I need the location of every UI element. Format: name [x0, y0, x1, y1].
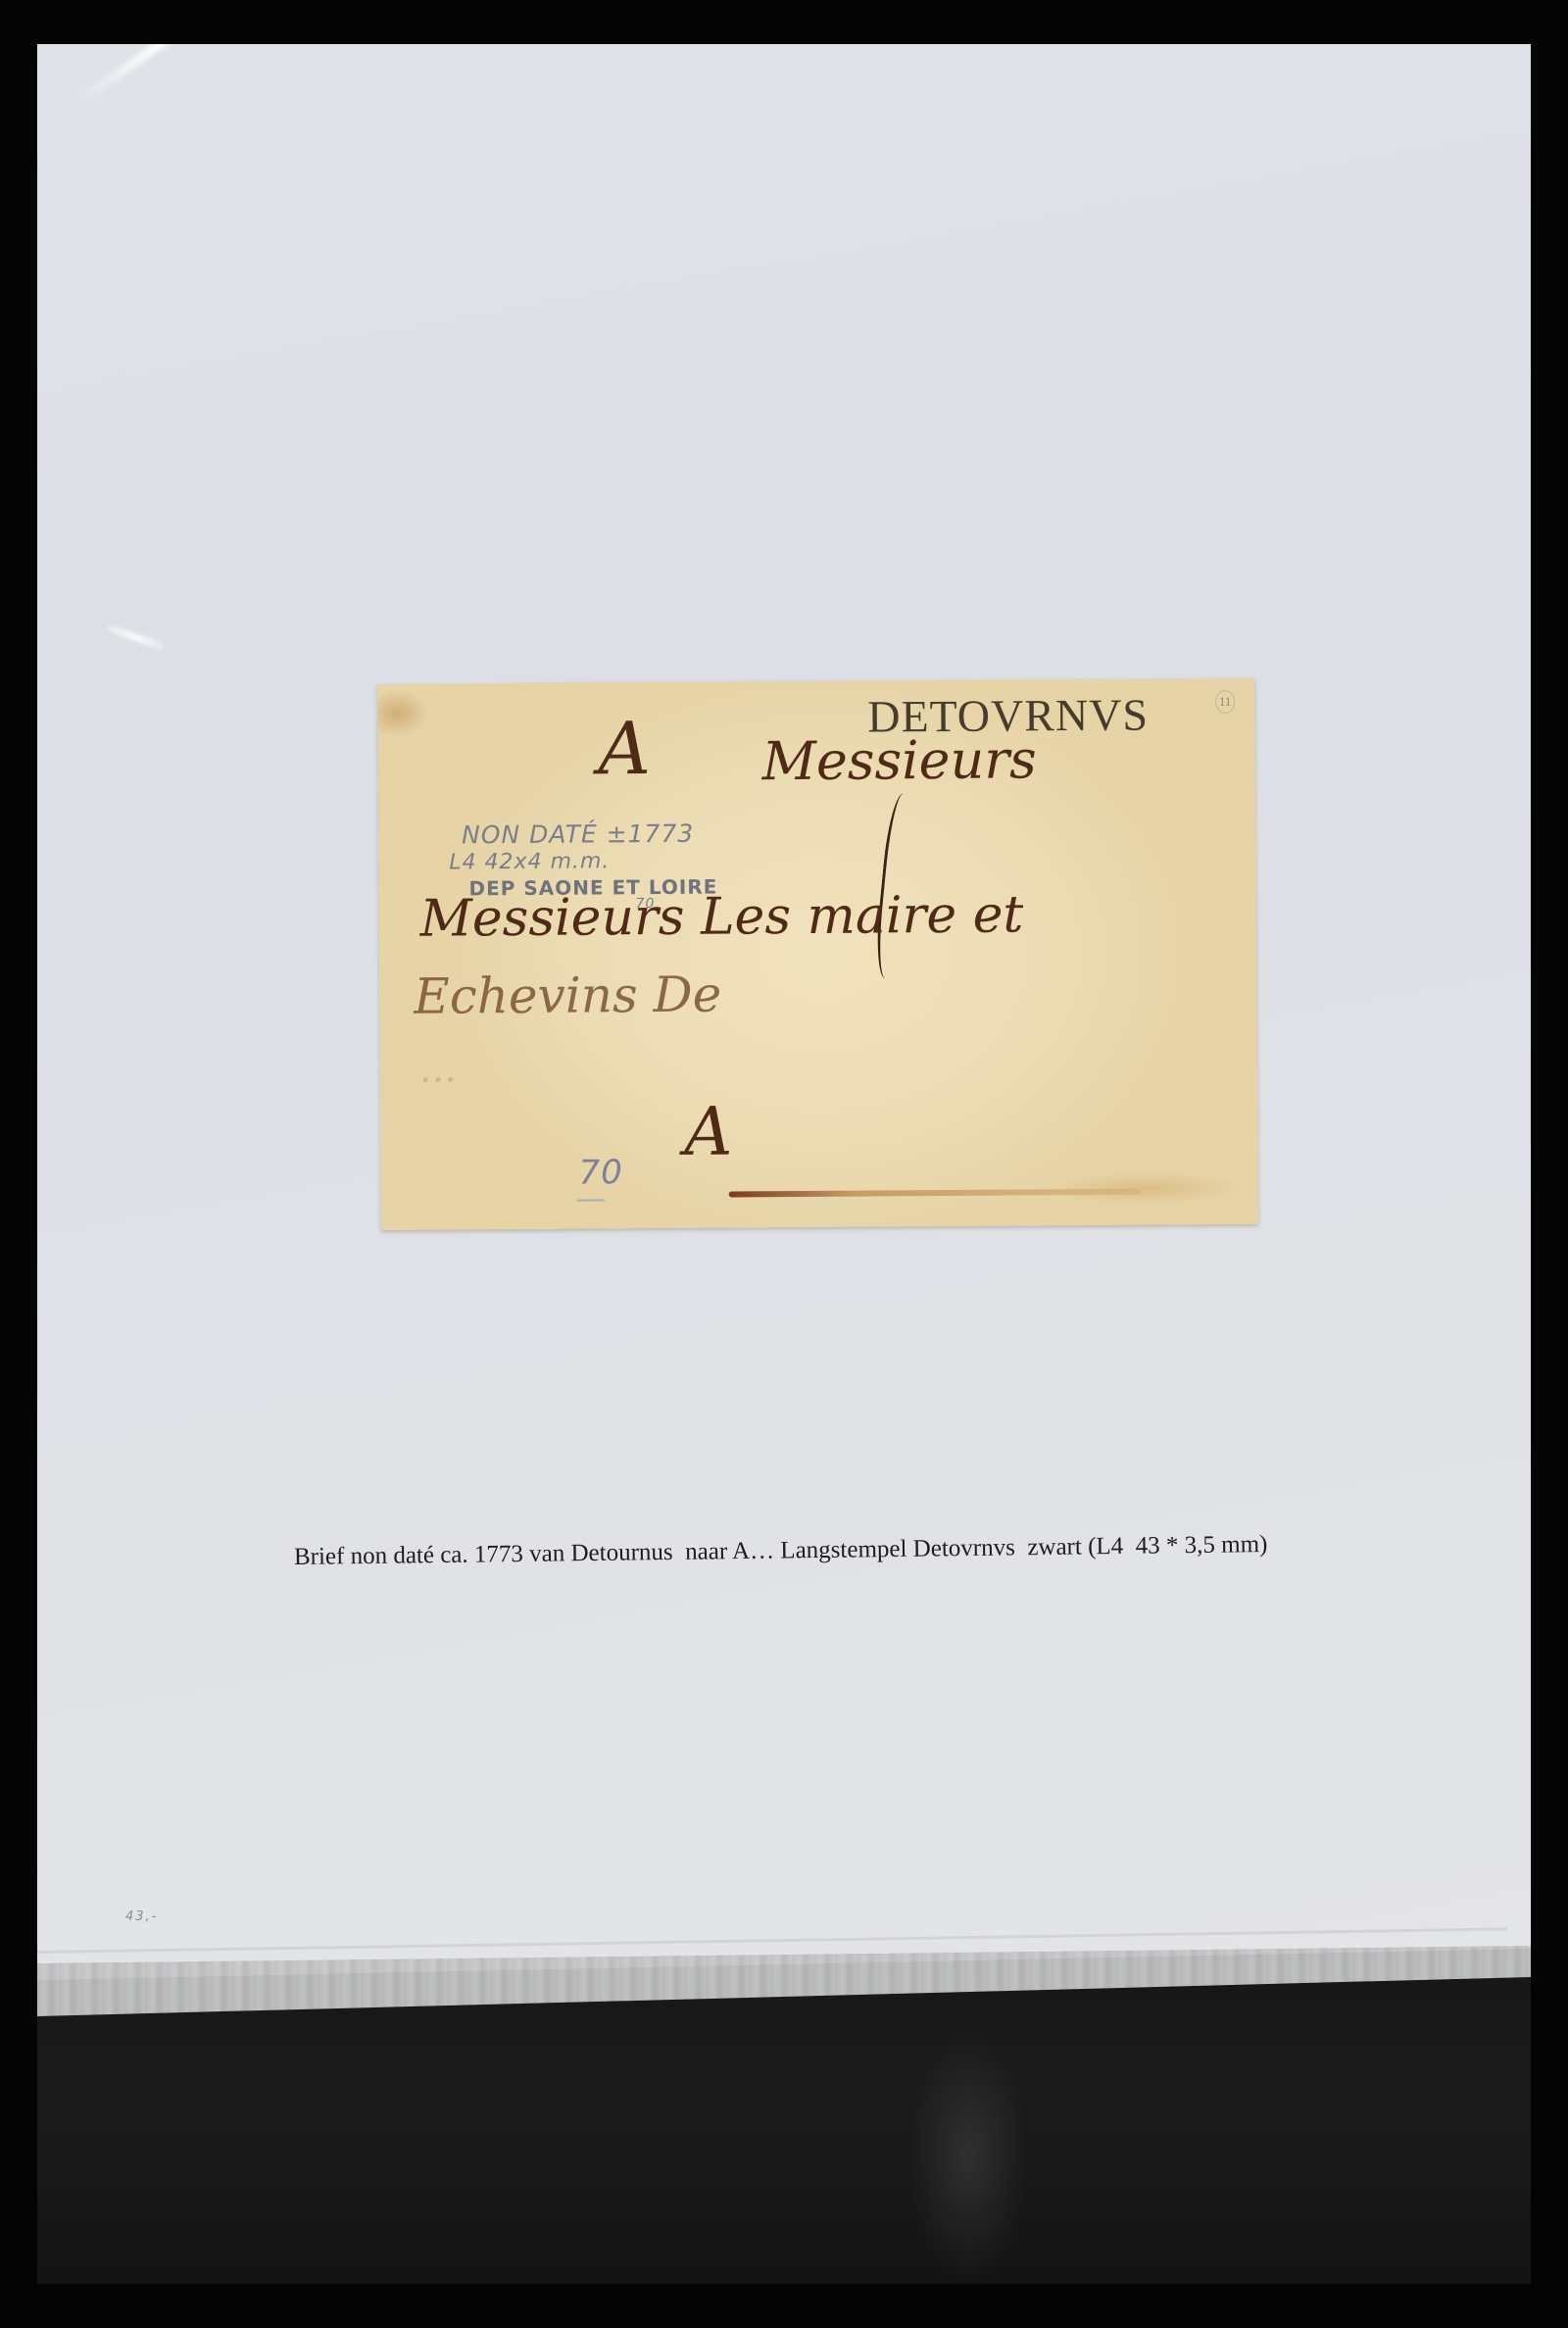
pencil-underline [577, 1199, 605, 1201]
handwritten-salutation-a: A [598, 707, 651, 791]
corner-pencil-mark: 11 [1215, 690, 1235, 714]
handwritten-underline [729, 1189, 1141, 1198]
pencil-note-70: 70 [578, 1153, 623, 1192]
pencil-note-department: DEP SAONE ET LOIRE [468, 875, 717, 901]
handwritten-destination-a: A [684, 1093, 733, 1170]
sleeve-glare-small [106, 622, 165, 652]
pencil-note-date: NON DATÉ ±1773 [462, 819, 694, 850]
pencil-note-dept-number: 70 [636, 896, 656, 912]
handwritten-address-line-3: Echevins De [414, 966, 721, 1025]
page-price-note: 43,- [125, 1909, 158, 1924]
handwritten-faded-line: ... [419, 1046, 457, 1091]
antique-letter: DETOVRNVS 11 A Messieurs Messieurs Les m… [377, 678, 1258, 1230]
pencil-note-size: L4 42x4 m.m. [449, 849, 610, 874]
handwritten-messieurs: Messieurs [761, 728, 1037, 792]
